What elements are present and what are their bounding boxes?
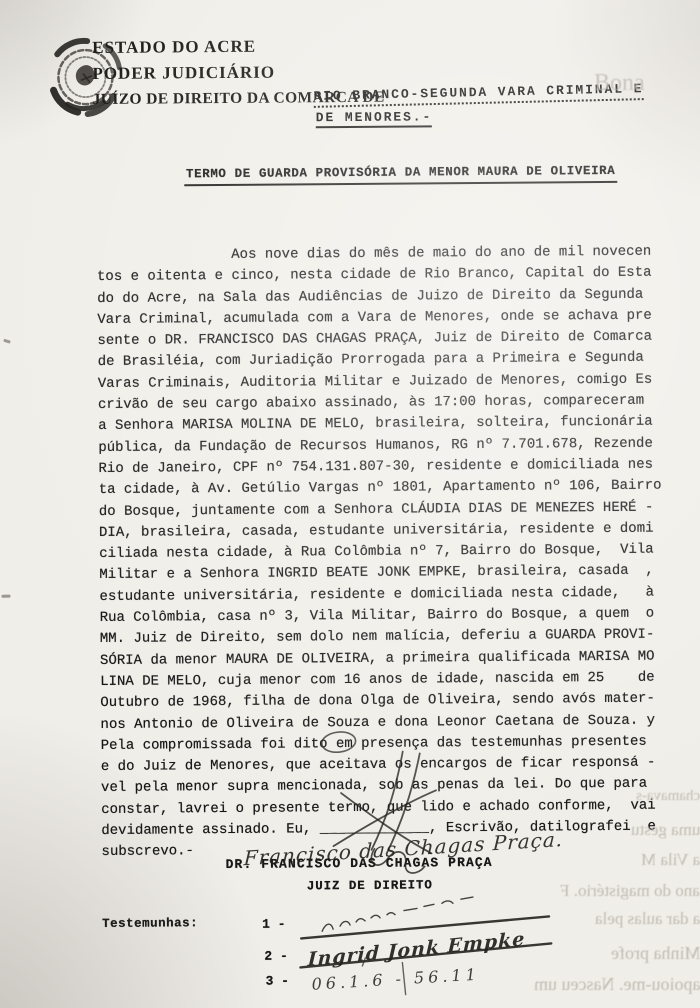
document-title: TERMO DE GUARDA PROVISÓRIA DA MENOR MAUR…: [118, 160, 683, 186]
witness-1-number: 1 -: [262, 917, 286, 932]
document-body: Aos nove dias do mês de maio do ano de m…: [97, 241, 677, 863]
judge-role: JUIZ DE DIREITO: [307, 878, 433, 893]
witness-3-signature: 06.1.6 - 56.11: [311, 965, 480, 994]
witness-2-number: 2 -: [264, 949, 288, 964]
header-branch: PODER JUDICIÁRIO: [92, 63, 275, 84]
witness-2-signature: Ingrid Jonk Empke: [307, 928, 526, 971]
header-court-fill-line1: RIO BRANCO-SEGUNDA VARA CRIMINAL E: [313, 81, 643, 108]
header-state: ESTADO DO ACRE: [92, 37, 256, 58]
witnesses-label: Testemunhas:: [102, 916, 198, 931]
header-court-fill-line2: DE MENORES.-: [316, 109, 433, 128]
document-title-text: TERMO DE GUARDA PROVISÓRIA DA MENOR MAUR…: [184, 164, 618, 186]
scanned-document-page: ESTADO DO ACRE PODER JUDICIÁRIO JUÍZO DE…: [0, 0, 700, 1008]
margin-mark: [3, 339, 11, 344]
witness-3-number: 3 -: [265, 973, 289, 988]
document-content: ESTADO DO ACRE PODER JUDICIÁRIO JUÍZO DE…: [0, 0, 700, 1008]
margin-mark: [1, 595, 10, 598]
witness-1-signature-scrawl: [322, 897, 473, 931]
